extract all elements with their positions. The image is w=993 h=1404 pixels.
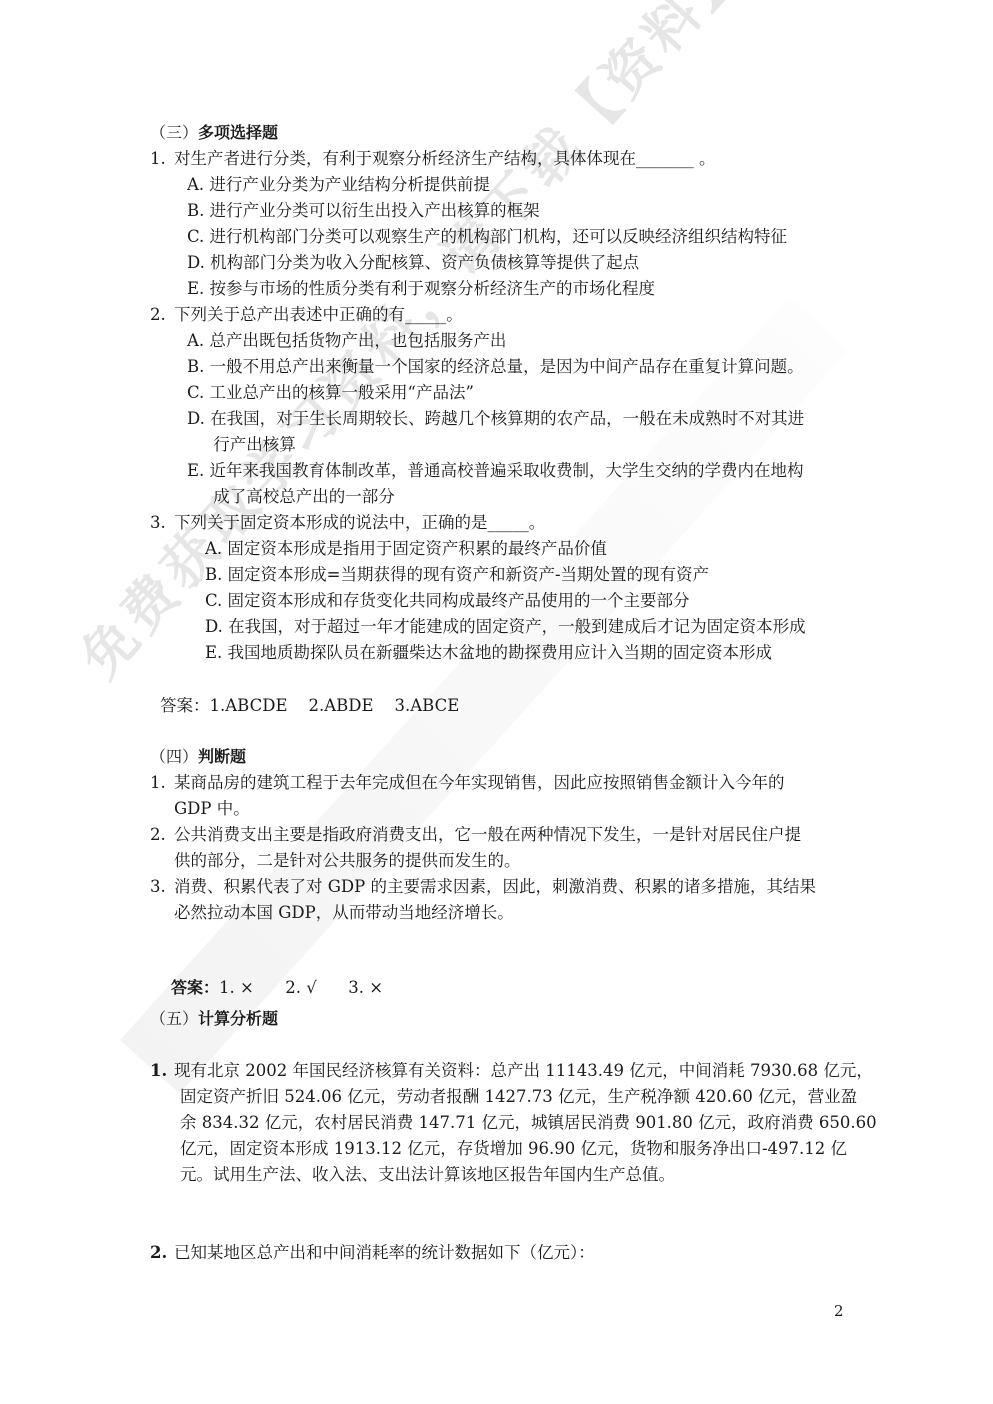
statement-1: 1.某商品房的建筑工程于去年完成但在今年实现销售，因此应按照销售金额计入今年的 xyxy=(150,772,785,794)
option: C. 工业总产出的核算一般采用“产品法” xyxy=(187,382,474,404)
option: E. 近年来我国教育体制改革，普通高校普遍采取收费制，大学生交纳的学费内在地构 xyxy=(187,460,804,482)
section-heading-multiple-choice: （三）多项选择题 xyxy=(150,122,278,144)
problem-1-line: 余 834.32 亿元，农村居民消费 147.71 亿元，城镇居民消费 901.… xyxy=(180,1112,877,1134)
section-heading-calculation: （五）计算分析题 xyxy=(150,1008,278,1030)
statement-3: 3.消费、积累代表了对 GDP 的主要需求因素，因此，刺激消费、积累的诸多措施，… xyxy=(150,876,816,898)
problem-1-line: 固定资产折旧 524.06 亿元，劳动者报酬 1427.73 亿元，生产税净额 … xyxy=(180,1086,857,1108)
section-heading-true-false: （四）判断题 xyxy=(150,746,246,768)
answer-multiple-choice: 答案：1.ABCDE 2.ABDE 3.ABCE xyxy=(160,695,459,717)
problem-1-line: 元。试用生产法、收入法、支出法计算该地区报告年国内生产总值。 xyxy=(180,1164,675,1186)
option-continuation: 行产出核算 xyxy=(187,434,296,456)
option-continuation: 成了高校总产出的一部分 xyxy=(187,486,395,508)
option: A. 进行产业分类为产业结构分析提供前提 xyxy=(187,174,490,196)
option: B. 固定资本形成=当期获得的现有资产和新资产-当期处置的现有资产 xyxy=(205,564,709,586)
document-page: 免费获取学习资料，请下载【资料】APP （三）多项选择题 1.对生产者进行分类，… xyxy=(0,0,993,1404)
statement-2-cont: 供的部分，二是针对公共服务的提供而发生的。 xyxy=(174,850,521,872)
statement-3-cont: 必然拉动本国 GDP，从而带动当地经济增长。 xyxy=(174,902,514,924)
option: E. 按参与市场的性质分类有利于观察分析经济生产的市场化程度 xyxy=(187,278,655,300)
statement-1-cont: GDP 中。 xyxy=(174,798,250,820)
option: E. 我国地质勘探队员在新疆柴达木盆地的勘探费用应计入当期的固定资本形成 xyxy=(205,642,772,664)
question-2: 2.下列关于总产出表述中正确的有_____。 xyxy=(150,304,463,326)
question-3: 3.下列关于固定资本形成的说法中，正确的是_____。 xyxy=(150,512,545,534)
option: B. 一般不用总产出来衡量一个国家的经济总量，是因为中间产品存在重复计算问题。 xyxy=(187,356,804,378)
question-1: 1.对生产者进行分类，有利于观察分析经济生产结构，具体体现在_______ 。 xyxy=(150,148,716,170)
option: D. 在我国，对于超过一年才能建成的固定资产，一般到建成后才记为固定资本形成 xyxy=(205,616,806,638)
option: A. 总产出既包括货物产出，也包括服务产出 xyxy=(187,330,506,352)
option: C. 固定资本形成和存货变化共同构成最终产品使用的一个主要部分 xyxy=(205,590,690,612)
option: D. 机构部门分类为收入分配核算、资产负债核算等提供了起点 xyxy=(187,252,639,274)
option: A. 固定资本形成是指用于固定资产积累的最终产品价值 xyxy=(205,538,607,560)
statement-2: 2.公共消费支出主要是指政府消费支出，它一般在两种情况下发生，一是针对居民住户提 xyxy=(150,824,801,846)
page-number: 2 xyxy=(834,1302,844,1320)
problem-2: 2.已知某地区总产出和中间消耗率的统计数据如下（亿元）： xyxy=(150,1242,595,1264)
option: D. 在我国，对于生长周期较长、跨越几个核算期的农产品，一般在未成熟时不对其进 xyxy=(187,408,804,430)
problem-1-line: 亿元，固定资本形成 1913.12 亿元，存货增加 96.90 亿元，货物和服务… xyxy=(180,1138,847,1160)
option: C. 进行机构部门分类可以观察生产的机构部门机构，还可以反映经济组织结构特征 xyxy=(187,226,787,248)
option: B. 进行产业分类可以衍生出投入产出核算的框架 xyxy=(187,200,540,222)
problem-1: 1.现有北京 2002 年国民经济核算有关资料：总产出 11143.49 亿元，… xyxy=(150,1060,873,1082)
